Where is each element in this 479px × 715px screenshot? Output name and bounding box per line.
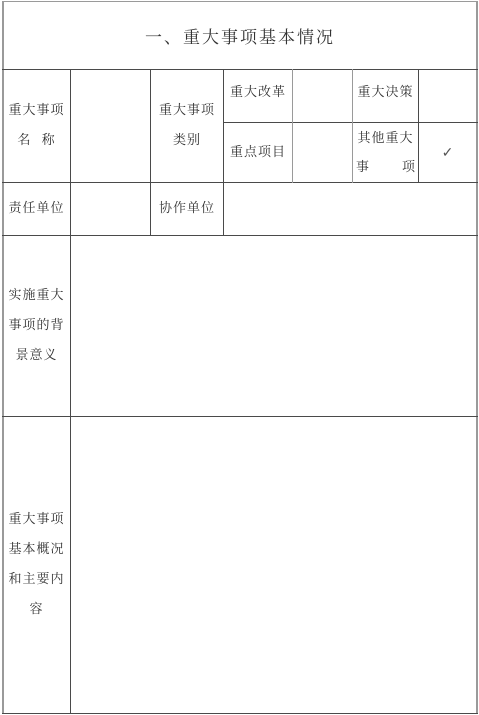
- key-project-label: 重点项目: [224, 123, 292, 182]
- major-reform-checkbox[interactable]: [293, 70, 352, 122]
- responsible-unit-field[interactable]: [71, 183, 150, 235]
- major-reform-label: 重大改革: [224, 70, 292, 122]
- name-value-field[interactable]: [71, 70, 150, 182]
- cooperating-unit-field[interactable]: [224, 183, 476, 235]
- overview-field[interactable]: [71, 417, 476, 713]
- name-label-line1: 重大事项: [8, 96, 64, 126]
- cooperating-unit-label: 协作单位: [151, 183, 223, 235]
- border-right: [476, 1, 478, 714]
- major-decision-label: 重大决策: [353, 70, 418, 122]
- background-field[interactable]: [71, 236, 476, 416]
- responsible-unit-label: 责任单位: [3, 183, 70, 235]
- key-project-checkbox[interactable]: [293, 123, 352, 182]
- other-major-checkbox[interactable]: ✓: [419, 123, 476, 182]
- overview-label: 重大事项 基本概况 和主要内 容: [3, 417, 70, 713]
- name-label: 重大事项 名 称: [3, 70, 70, 182]
- category-label: 重大事项 类别: [151, 70, 223, 182]
- category-label-line1: 重大事项: [159, 96, 215, 126]
- background-label: 实施重大 事项的背 景意义: [3, 236, 70, 416]
- check-icon: ✓: [442, 145, 454, 161]
- major-decision-checkbox[interactable]: [419, 70, 476, 122]
- other-major-label: 其他重大 事 项: [353, 123, 418, 182]
- form-title: 一、重大事项基本情况: [2, 1, 478, 69]
- border-bottom: [2, 713, 478, 714]
- name-label-line2: 名 称: [17, 126, 55, 156]
- category-label-line2: 类别: [173, 126, 201, 156]
- form-title-text: 一、重大事项基本情况: [145, 23, 335, 48]
